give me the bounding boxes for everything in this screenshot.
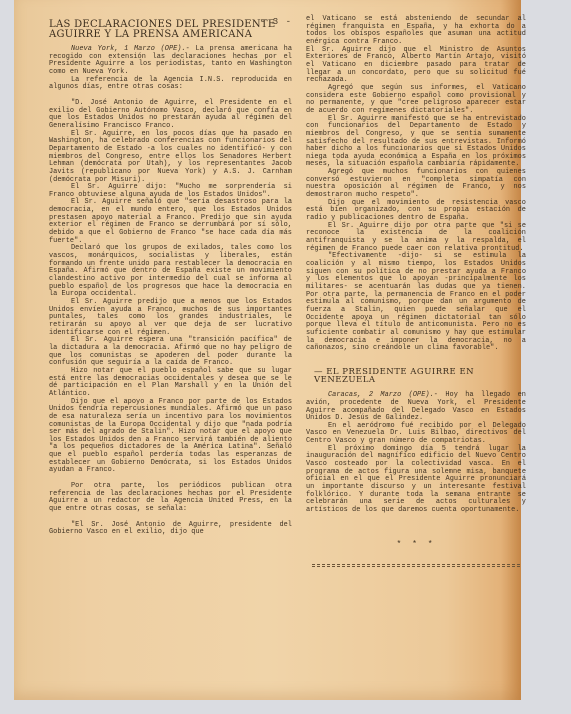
paragraph: Hizo notar que el pueblo español sabe qu…	[49, 368, 292, 399]
paragraph: El Sr. Aguirre señaló que "sería desastr…	[49, 199, 292, 245]
paragraph: Dijo que el movimiento de resistencia va…	[306, 200, 526, 223]
paragraph: "D. José Antonio de Aguirre, el Presiden…	[49, 100, 292, 131]
article-lead-paragraph: Nueva York, 1 Marzo (OPE).- La prensa am…	[49, 46, 292, 77]
paragraph-continued: el Vaticano se está absteniendo de secun…	[306, 16, 526, 47]
paragraph: La referencia de la Agencia I.N.S. repro…	[49, 77, 292, 92]
right-column: el Vaticano se está absteniendo de secun…	[306, 16, 526, 567]
paragraph: Agregó que muchos funcionarios con quien…	[306, 169, 526, 200]
paragraph: El Sr. Aguirre espera una "transición pa…	[49, 337, 292, 368]
venezuela-lead-paragraph: Caracas, 2 Marzo (OPE).- Hoy ha llegado …	[306, 392, 526, 423]
paragraph: En el aeródromo fué recibido por el Dele…	[306, 423, 526, 446]
paragraph: Por otra parte, los periódicos publican …	[49, 483, 292, 514]
paragraph: Dijo que el apoyo a Franco por parte de …	[49, 399, 292, 476]
paragraph: El Sr. Aguirre manifestó que se ha entre…	[306, 116, 526, 170]
paragraph: Declaró que los grupos de exilados, tale…	[49, 245, 292, 299]
paragraph: El próximo domingo día 5 tendrá lugar la…	[306, 446, 526, 515]
section-separator-stars: * * *	[306, 541, 526, 549]
paragraph: El Sr. Aguirre, en los pocos días que ha…	[49, 131, 292, 185]
paragraph: El Sr. Aguirre dijo por otra parte que "…	[306, 223, 526, 254]
paragraph: El Sr. Aguirre dijo que el Ministro de A…	[306, 47, 526, 85]
end-rule-divider	[312, 564, 520, 567]
paragraph: "Efectivamente -dijo- si se estimula la …	[306, 253, 526, 353]
paragraph: "El Sr. José Antonio de Aguirre, preside…	[49, 522, 292, 537]
article-headline: LAS DECLARACIONES DEL PRESIDENTE AGUIRRE…	[49, 20, 292, 40]
left-column: LAS DECLARACIONES DEL PRESIDENTE AGUIRRE…	[49, 20, 292, 537]
paragraph: El Sr. Aguirre dijo: "Mucho me sorprende…	[49, 184, 292, 199]
paragraph: Agregó que según sus informes, el Vatica…	[306, 85, 526, 116]
document-page: - 3 - LAS DECLARACIONES DEL PRESIDENTE A…	[14, 0, 521, 700]
section-subheading: — EL PRESIDENTE AGUIRRE EN VENEZUELA	[314, 369, 526, 384]
paragraph: El Sr. Aguirre predijo que a menos que l…	[49, 299, 292, 337]
